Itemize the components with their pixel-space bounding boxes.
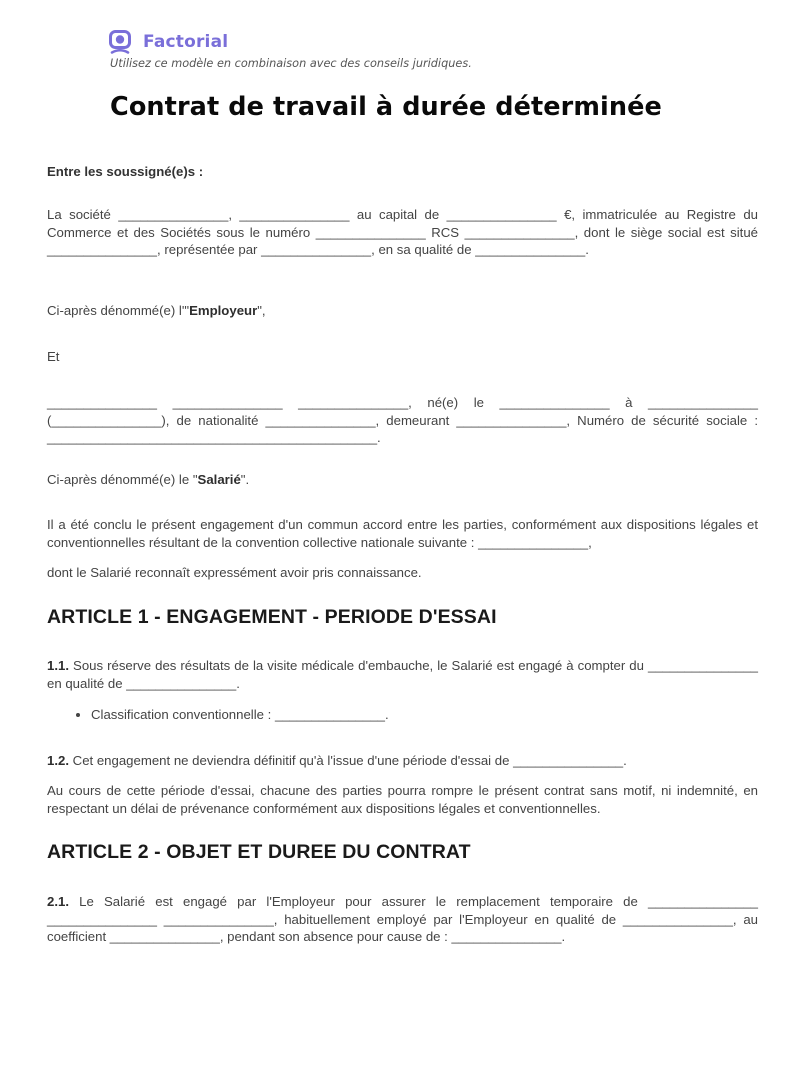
clause-1-2: 1.2. Cet engagement ne deviendra définit… [47, 752, 758, 770]
employer-paragraph: La société _______________, ____________… [47, 206, 758, 259]
classification-list: Classification conventionnelle : _______… [47, 706, 788, 724]
employee-designation: Ci-après dénommé(e) le "Salarié". [47, 471, 758, 489]
employee-paragraph: _______________ _______________ ________… [47, 394, 758, 447]
clause-2-1: 2.1. Le Salarié est engagé par l'Employe… [47, 893, 758, 946]
acknowledgement-paragraph: dont le Salarié reconnaît expressément a… [47, 564, 758, 582]
employee-label: Salarié [198, 472, 241, 487]
clause-number: 1.1. [47, 658, 69, 673]
article-1-title: ARTICLE 1 - ENGAGEMENT - PERIODE D'ESSAI [47, 609, 758, 627]
document-title: Contrat de travail à durée déterminée [110, 92, 662, 122]
employer-label: Employeur [189, 303, 257, 318]
tagline: Utilisez ce modèle en combinaison avec d… [110, 57, 472, 70]
clause-number: 2.1. [47, 894, 69, 909]
clause-1-1: 1.1. Sous réserve des résultats de la vi… [47, 657, 758, 692]
parties-heading: Entre les soussigné(e)s : [47, 163, 758, 181]
employer-designation: Ci-après dénommé(e) l'"Employeur", [47, 302, 758, 320]
brand-header: Factorial [109, 30, 228, 54]
brand-name: Factorial [143, 32, 228, 52]
agreement-paragraph: Il a été conclu le présent engagement d'… [47, 516, 758, 551]
trial-period-paragraph: Au cours de cette période d'essai, chacu… [47, 782, 758, 817]
factorial-logo-icon [109, 30, 135, 54]
article-2-title: ARTICLE 2 - OBJET ET DUREE DU CONTRAT [47, 844, 758, 862]
and-label: Et [47, 348, 758, 366]
list-item: Classification conventionnelle : _______… [91, 706, 788, 724]
clause-number: 1.2. [47, 753, 69, 768]
